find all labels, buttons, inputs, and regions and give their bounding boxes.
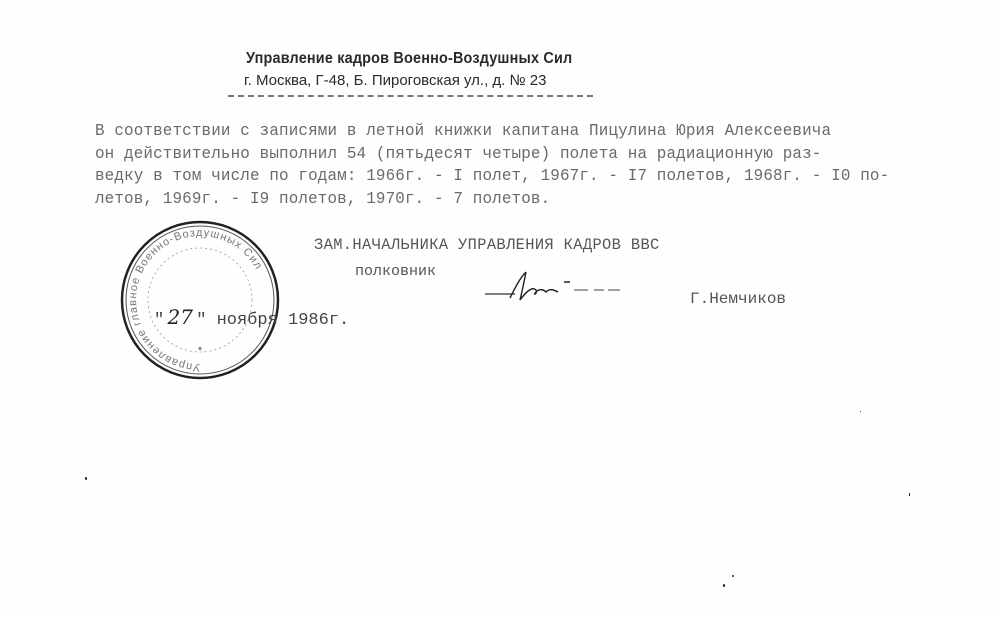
date-day: 27 <box>164 305 196 329</box>
date-month-year: ноября 1986г. <box>217 311 350 330</box>
paper-speck <box>909 493 910 496</box>
document-page: Управление кадров Военно-Воздушных Сил г… <box>0 0 1000 617</box>
stamp-text: Управление главное Военно-Воздушных Сил <box>127 227 265 373</box>
paper-speck <box>732 575 734 577</box>
handwritten-signature <box>480 268 630 308</box>
certificate-body: В соответствии с записями в летной книжк… <box>95 120 949 210</box>
date-close-quote: " <box>196 311 206 330</box>
body-line: он действительно выполнил 54 (пятьдесят … <box>95 143 949 166</box>
date-line: "27" ноября 1986г. <box>154 305 349 330</box>
date-open-quote: " <box>154 311 164 330</box>
body-line: ведку в том числе по годам: 1966г. - I п… <box>95 165 949 188</box>
body-line: летов, 1969г. - I9 полетов, 1970г. - 7 п… <box>95 188 949 211</box>
letterhead-address: г. Москва, Г-48, Б. Пироговская ул., д. … <box>244 72 591 89</box>
official-stamp: Управление главное Военно-Воздушных Сил … <box>118 214 282 384</box>
letterhead-organization: Управление кадров Военно-Воздушных Сил <box>246 50 567 68</box>
letterhead: Управление кадров Военно-Воздушных Сил г… <box>246 50 591 89</box>
svg-text:Управление главное Военно-Возд: Управление главное Военно-Воздушных Сил <box>127 227 265 373</box>
paper-speck <box>723 584 725 587</box>
signatory-name: Г.Немчиков <box>690 290 786 308</box>
paper-speck <box>85 477 87 480</box>
signatory-position: ЗАМ.НАЧАЛЬНИКА УПРАВЛЕНИЯ КАДРОВ ВВС <box>314 236 660 254</box>
paper-speck <box>860 411 861 412</box>
letterhead-rule <box>228 95 593 97</box>
signatory-rank: полковник <box>355 263 436 280</box>
body-line: В соответствии с записями в летной книжк… <box>95 120 949 143</box>
svg-text:*: * <box>197 346 203 358</box>
